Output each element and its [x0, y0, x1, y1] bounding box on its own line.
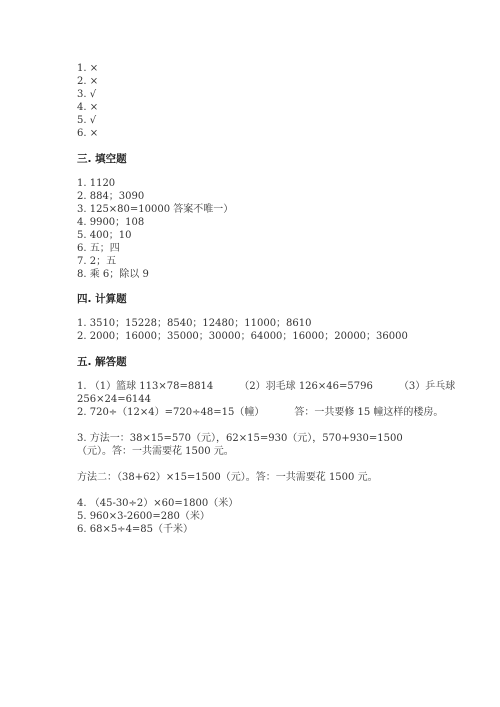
section-heading-fill-blank: 三. 填空题: [77, 152, 127, 166]
tf-answer-3: 3. √: [77, 88, 96, 101]
q2-calculation: 2. 720÷（12×4）=720÷48=15（幢）: [77, 407, 264, 418]
tf-answer-1: 1. ×: [77, 62, 98, 75]
tf-answer-2: 2. ×: [77, 75, 98, 88]
fill-answer-3: 3. 125×80=10000 答案不唯一）: [77, 203, 233, 216]
fill-answer-7: 7. 2；五: [77, 255, 116, 268]
fill-answer-2: 2. 884；3090: [77, 190, 144, 203]
fill-answer-1: 1. 1120: [77, 177, 115, 190]
tf-answer-5: 5. √: [77, 114, 96, 127]
word-answer-1-line1: 1. （1）篮球 113×78=8814（2）羽毛球 126×46=5796（3…: [77, 380, 455, 393]
fill-answer-8: 8. 乘 6；除以 9: [77, 268, 149, 281]
section-heading-word-problems: 五. 解答题: [77, 355, 127, 369]
word-answer-5: 5. 960×3-2600=280（米）: [77, 510, 210, 523]
tf-answer-6: 6. ×: [77, 127, 98, 140]
q2-answer: 答：一共要修 15 幢这样的楼房。: [294, 407, 443, 418]
tf-answer-4: 4. ×: [77, 101, 98, 114]
section-heading-calculation: 四. 计算题: [77, 292, 127, 306]
word-answer-1-line2: 256×24=6144: [77, 393, 151, 406]
calc-answer-2: 2. 2000；16000；35000；30000；64000；16000；20…: [77, 330, 408, 343]
word-answer-4: 4. （45-30÷2）×60=1800（米）: [77, 497, 238, 510]
fill-answer-5: 5. 400；10: [77, 229, 132, 242]
word-answer-3-line1: 3. 方法一：38×15=570（元），62×15=930（元），570+930…: [77, 432, 403, 445]
q1-pingpong: （3）乒乓球: [399, 381, 455, 392]
word-answer-3-method2: 方法二：（38+62）×15=1500（元）。答：一共需要花 1500 元。: [77, 471, 378, 484]
calc-answer-1: 1. 3510；15228；8540；12480；11000；8610: [77, 317, 312, 330]
q1-basketball: 1. （1）篮球 113×78=8814: [77, 381, 213, 392]
word-answer-3-line2: （元）。答：一共需要花 1500 元。: [77, 445, 234, 458]
fill-answer-6: 6. 五；四: [77, 242, 120, 255]
q1-badminton: （2）羽毛球 126×46=5796: [239, 381, 373, 392]
fill-answer-4: 4. 9900；108: [77, 216, 144, 229]
word-answer-2: 2. 720÷（12×4）=720÷48=15（幢）答：一共要修 15 幢这样的…: [77, 406, 443, 419]
answer-key-page: 1. × 2. × 3. √ 4. × 5. √ 6. × 三. 填空题 1. …: [0, 0, 500, 707]
word-answer-6: 6. 68×5÷4=85（千米）: [77, 523, 193, 536]
